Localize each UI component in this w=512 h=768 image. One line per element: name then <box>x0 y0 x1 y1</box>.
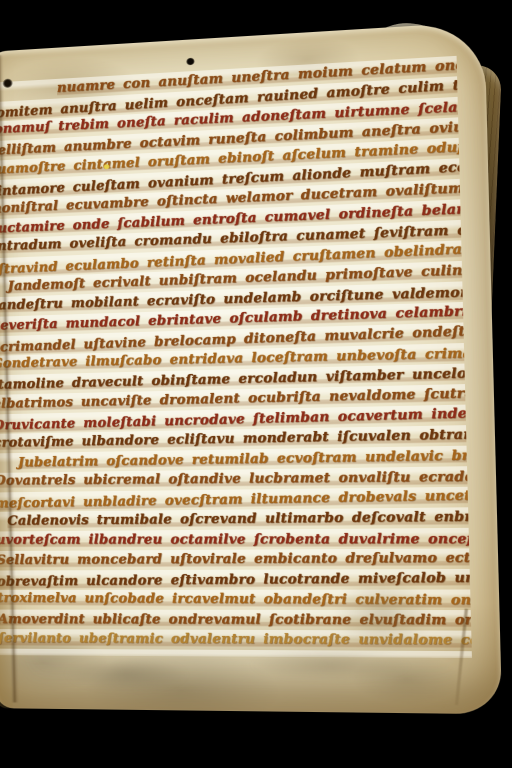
manuscript-page: nuamre con anuſtam uneſtra moium celatum… <box>0 22 502 715</box>
stain-patch <box>333 577 432 650</box>
text-block: nuamre con anuſtam uneſtra moium celatum… <box>0 56 472 658</box>
script-line: uvorteſcam ilbandreu octamilve ſcrobenta… <box>0 529 472 550</box>
manuscript-photo: nuamre con anuſtam uneſtra moium celatum… <box>0 0 512 768</box>
script-line: Sellavitru moncebard uſtovirale embicant… <box>0 548 472 570</box>
